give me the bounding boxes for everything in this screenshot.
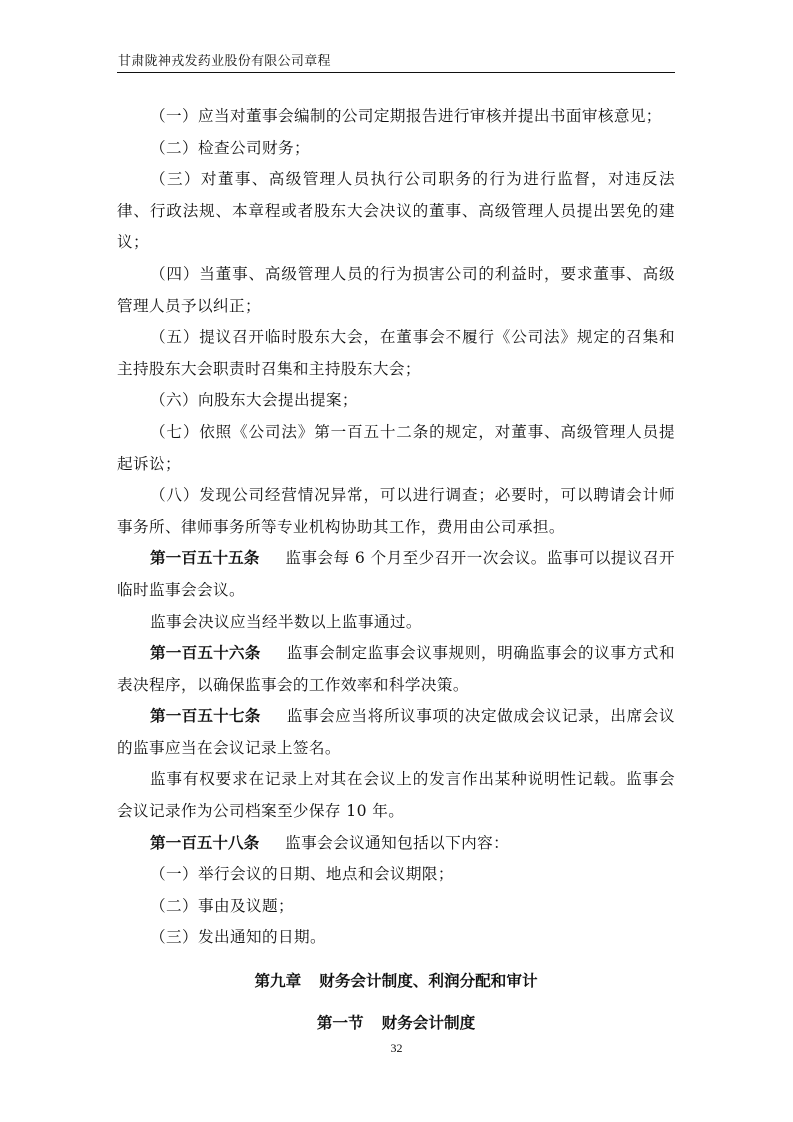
chapter-number: 第九章: [254, 972, 301, 990]
paragraph-item-4: （四）当董事、高级管理人员的行为损害公司的利益时，要求董事、高级管理人员予以纠正…: [117, 259, 675, 322]
paragraph-item-2: （二）检查公司财务；: [117, 133, 675, 165]
chapter-heading: 第九章财务会计制度、利润分配和审计: [117, 965, 675, 997]
paragraph-text: （二）检查公司财务；: [150, 139, 310, 157]
page-header: 甘肃陇神戎发药业股份有限公司章程: [117, 50, 675, 73]
article-number: 第一百五十五条: [150, 549, 259, 567]
document-title: 甘肃陇神戎发药业股份有限公司章程: [118, 50, 331, 69]
paragraph-text: 监事会决议应当经半数以上监事通过。: [150, 613, 422, 631]
document-body: （一）应当对董事会编制的公司定期报告进行审核并提出书面审核意见； （二）检查公司…: [117, 101, 675, 1039]
article-156: 第一百五十六条监事会制定监事会议事规则，明确监事会的议事方式和表决程序，以确保监…: [117, 638, 675, 701]
article-157: 第一百五十七条监事会应当将所议事项的决定做成会议记录，出席会议的监事应当在会议记…: [117, 701, 675, 764]
article-number: 第一百五十六条: [150, 644, 261, 662]
paragraph-records: 监事有权要求在记录上对其在会议上的发言作出某种说明性记载。监事会会议记录作为公司…: [117, 764, 675, 827]
section-heading: 第一节财务会计制度: [117, 1007, 675, 1039]
paragraph-text: （六）向股东大会提出提案；: [150, 391, 358, 409]
paragraph-text: （一）举行会议的日期、地点和会议期限；: [150, 865, 454, 883]
paragraph-text: （四）当董事、高级管理人员的行为损害公司的利益时，要求董事、高级管理人员予以纠正…: [117, 265, 675, 315]
paragraph-item-6: （六）向股东大会提出提案；: [117, 385, 675, 417]
paragraph-text: 监事有权要求在记录上对其在会议上的发言作出某种说明性记载。监事会会议记录作为公司…: [117, 770, 675, 820]
paragraph-item-3: （三）对董事、高级管理人员执行公司职务的行为进行监督，对违反法律、行政法规、本章…: [117, 164, 675, 259]
paragraph-text: （八）发现公司经营情况异常，可以进行调查；必要时，可以聘请会计师事务所、律师事务…: [117, 486, 675, 536]
notice-item-3: （三）发出通知的日期。: [117, 922, 675, 954]
paragraph-item-5: （五）提议召开临时股东大会，在董事会不履行《公司法》规定的召集和主持股东大会职责…: [117, 322, 675, 385]
paragraph-text: （二）事由及议题；: [150, 897, 294, 915]
article-number: 第一百五十七条: [150, 707, 261, 725]
article-158: 第一百五十八条监事会会议通知包括以下内容：: [117, 828, 675, 860]
notice-item-2: （二）事由及议题；: [117, 891, 675, 923]
article-text: 监事会会议通知包括以下内容：: [285, 834, 509, 852]
paragraph-text: （七）依照《公司法》第一百五十二条的规定，对董事、高级管理人员提起诉讼；: [117, 423, 675, 473]
section-number: 第一节: [317, 1014, 364, 1032]
paragraph-item-7: （七）依照《公司法》第一百五十二条的规定，对董事、高级管理人员提起诉讼；: [117, 417, 675, 480]
paragraph-text: （三）对董事、高级管理人员执行公司职务的行为进行监督，对违反法律、行政法规、本章…: [117, 170, 675, 251]
article-number: 第一百五十八条: [150, 834, 259, 852]
paragraph-text: （一）应当对董事会编制的公司定期报告进行审核并提出书面审核意见；: [150, 107, 662, 125]
notice-item-1: （一）举行会议的日期、地点和会议期限；: [117, 859, 675, 891]
page-number: 32: [0, 1041, 793, 1056]
article-155: 第一百五十五条监事会每 6 个月至少召开一次会议。监事可以提议召开临时监事会会议…: [117, 543, 675, 606]
section-title: 财务会计制度: [382, 1014, 476, 1032]
paragraph-item-8: （八）发现公司经营情况异常，可以进行调查；必要时，可以聘请会计师事务所、律师事务…: [117, 480, 675, 543]
paragraph-text: （五）提议召开临时股东大会，在董事会不履行《公司法》规定的召集和主持股东大会职责…: [117, 328, 675, 378]
chapter-title: 财务会计制度、利润分配和审计: [319, 972, 537, 990]
paragraph-text: （三）发出通知的日期。: [150, 928, 326, 946]
paragraph-resolution: 监事会决议应当经半数以上监事通过。: [117, 607, 675, 639]
paragraph-item-1: （一）应当对董事会编制的公司定期报告进行审核并提出书面审核意见；: [117, 101, 675, 133]
